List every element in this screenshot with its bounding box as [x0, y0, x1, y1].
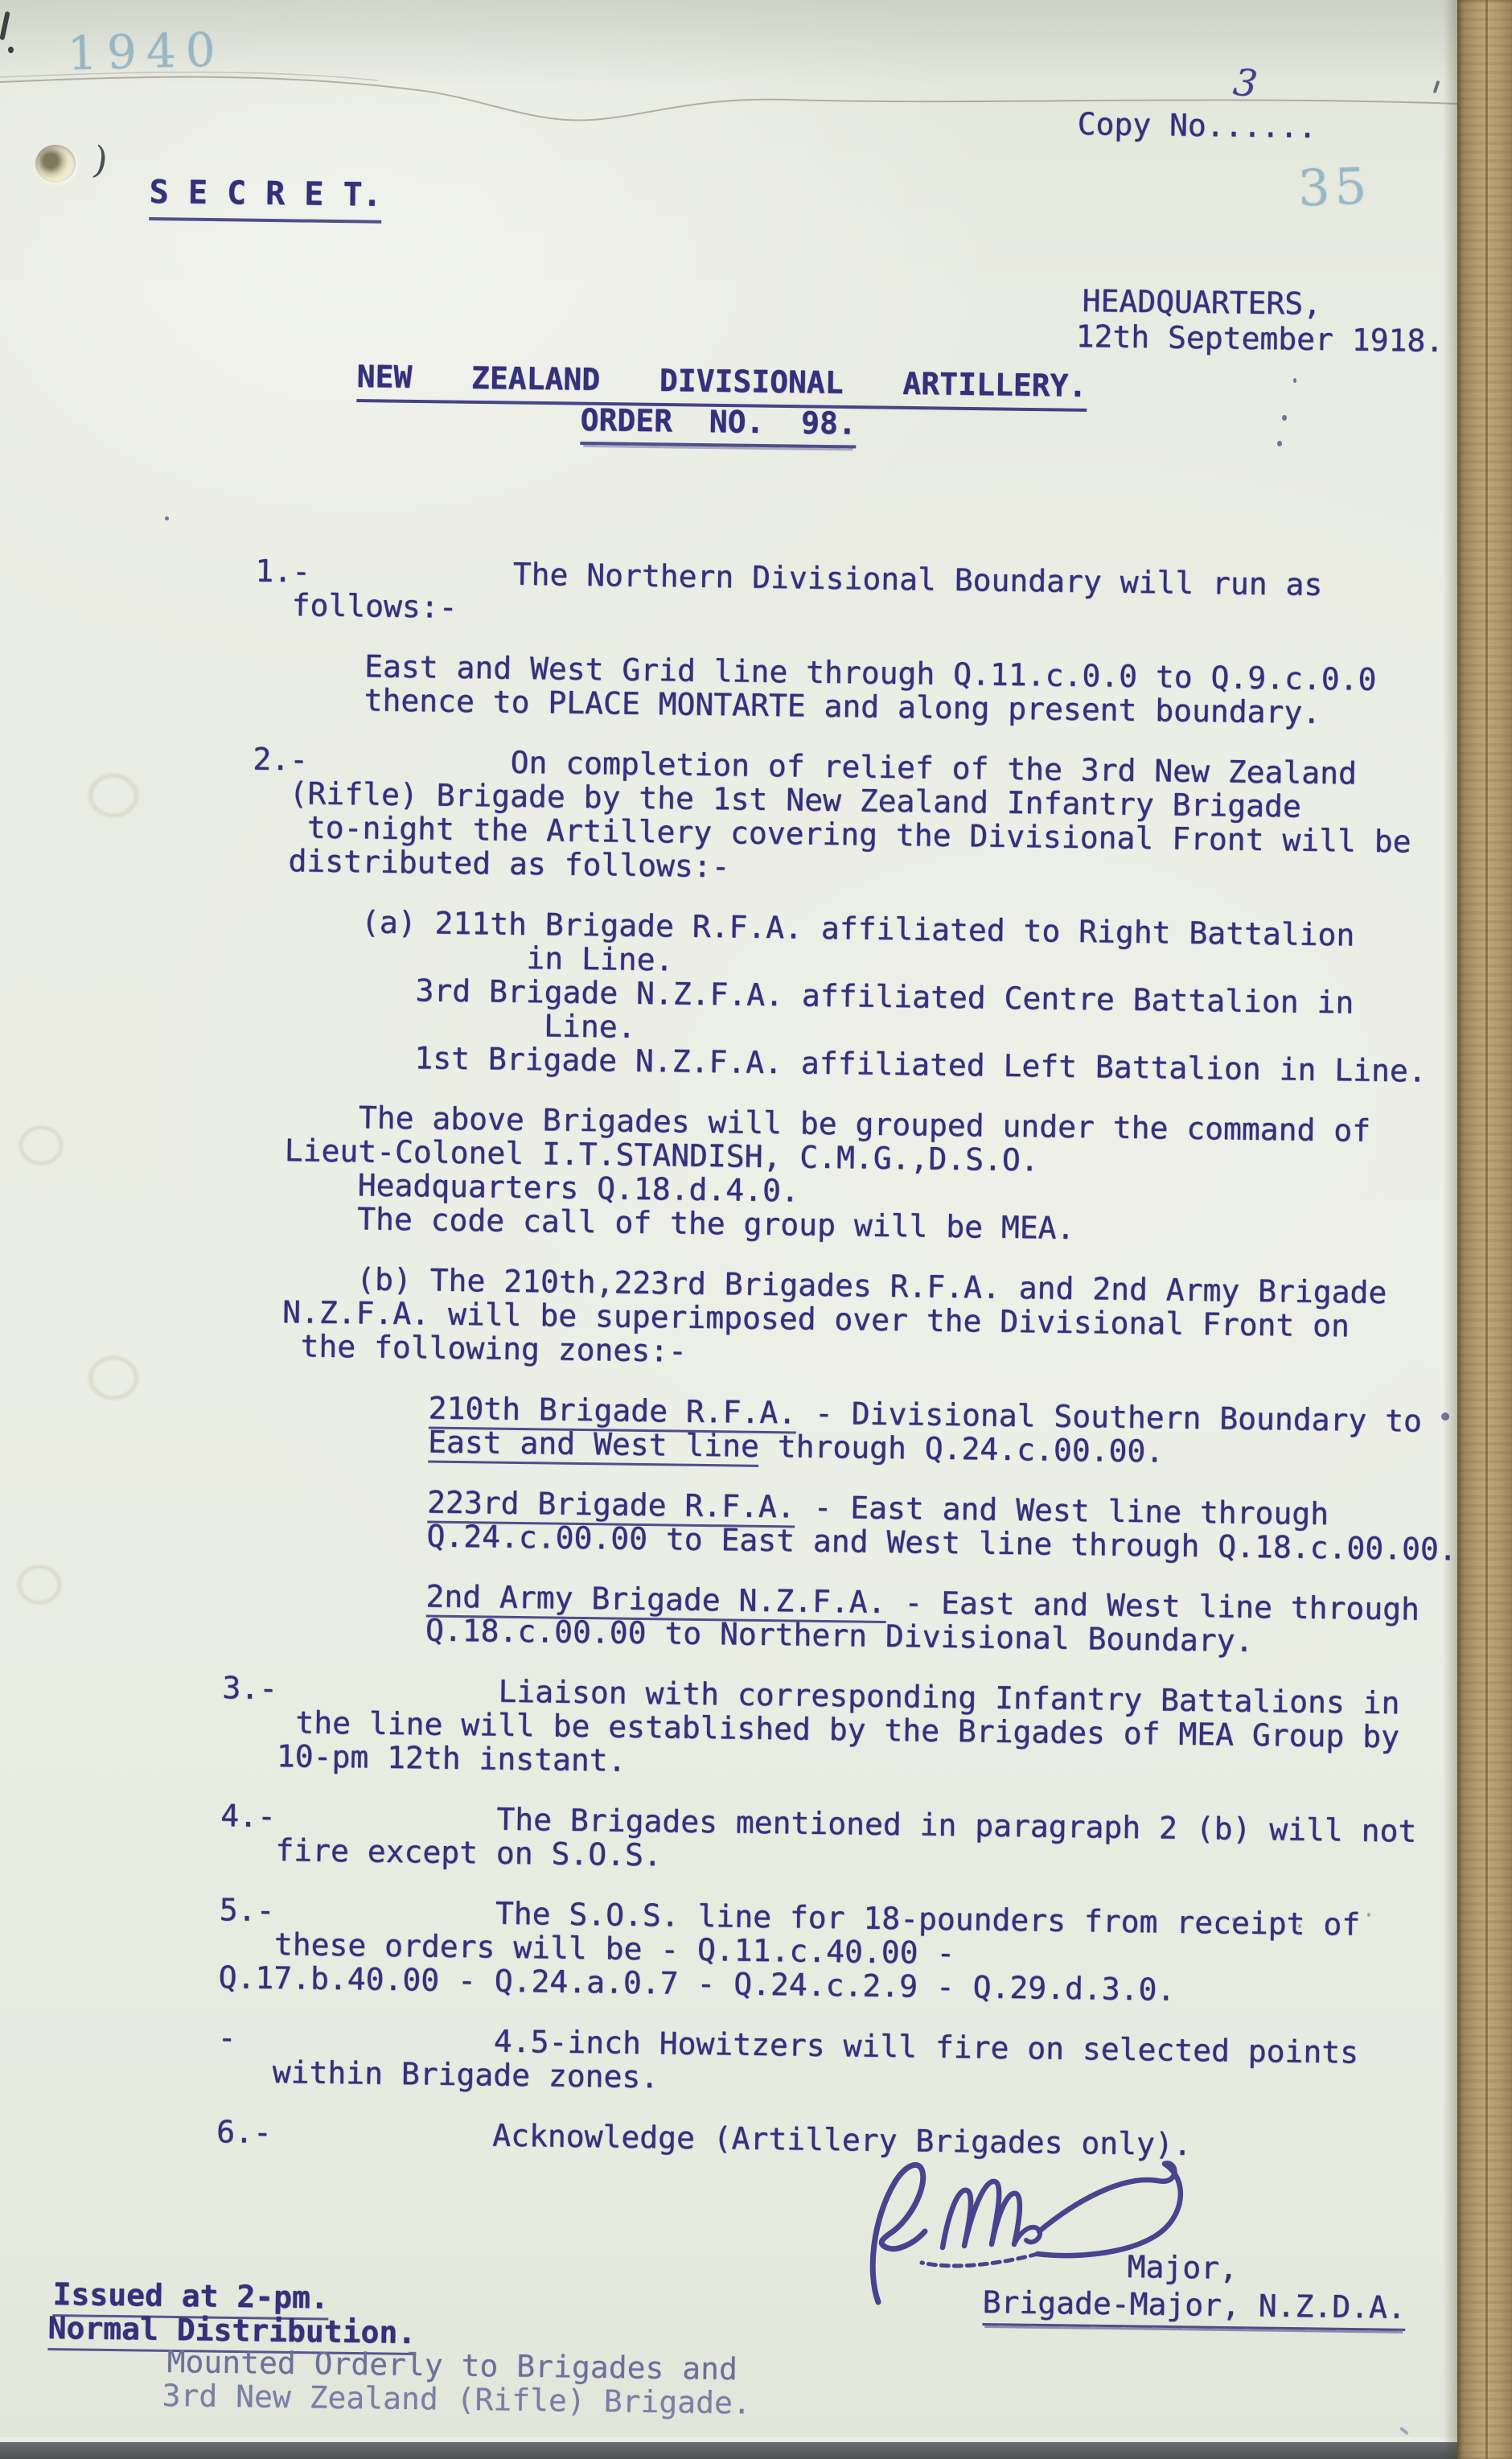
- pen-mark-paren: ): [90, 138, 111, 183]
- date-line: 12th September 1918.: [1075, 319, 1444, 359]
- distribution-line-2: 3rd New Zealand (Rifle) Brigade.: [162, 2378, 751, 2421]
- backing-strip-groove: [1485, 0, 1488, 2459]
- classification-label: S E C R E T.: [149, 174, 382, 224]
- pen-mark: [8, 47, 14, 53]
- copy-number-value: 3: [1231, 60, 1260, 105]
- ink-speck: [1293, 378, 1296, 383]
- ink-speck: [1367, 1913, 1370, 1917]
- copy-number-label: Copy No......: [1077, 106, 1317, 145]
- headquarters-line: HEADQUARTERS,: [1082, 283, 1321, 322]
- ink-speck: [1277, 441, 1282, 446]
- order-number-heading: ORDER NO. 98.: [580, 402, 857, 448]
- punch-impression: [18, 1125, 64, 1166]
- punch-hole: [35, 145, 76, 183]
- ink-speck: [1399, 2427, 1409, 2436]
- punch-impression: [87, 772, 140, 819]
- signatory-unit: Brigade-Major, N.Z.D.A.: [982, 2284, 1406, 2331]
- cardboard-backing-strip: [1457, 0, 1512, 2459]
- ink-speck: [165, 516, 169, 520]
- document-body: 1.- The Northern Divisional Boundary wil…: [198, 553, 1470, 2165]
- scan-background-band: [0, 2442, 1512, 2459]
- punch-impression: [87, 1355, 140, 1401]
- document-page: ) 1940 35 S E C R E T. Copy No...... 3 N…: [0, 0, 1512, 2459]
- ink-speck: [1282, 415, 1287, 421]
- year-stamp: 1940: [67, 22, 225, 80]
- ink-speck: [1232, 1918, 1236, 1922]
- signatory-rank: Major,: [1127, 2249, 1238, 2286]
- paper-edge-shadow: [1443, 0, 1457, 2459]
- page-number-stamp: 35: [1297, 156, 1372, 217]
- ink-speck: [1298, 1924, 1301, 1928]
- punch-impression: [16, 1564, 63, 1606]
